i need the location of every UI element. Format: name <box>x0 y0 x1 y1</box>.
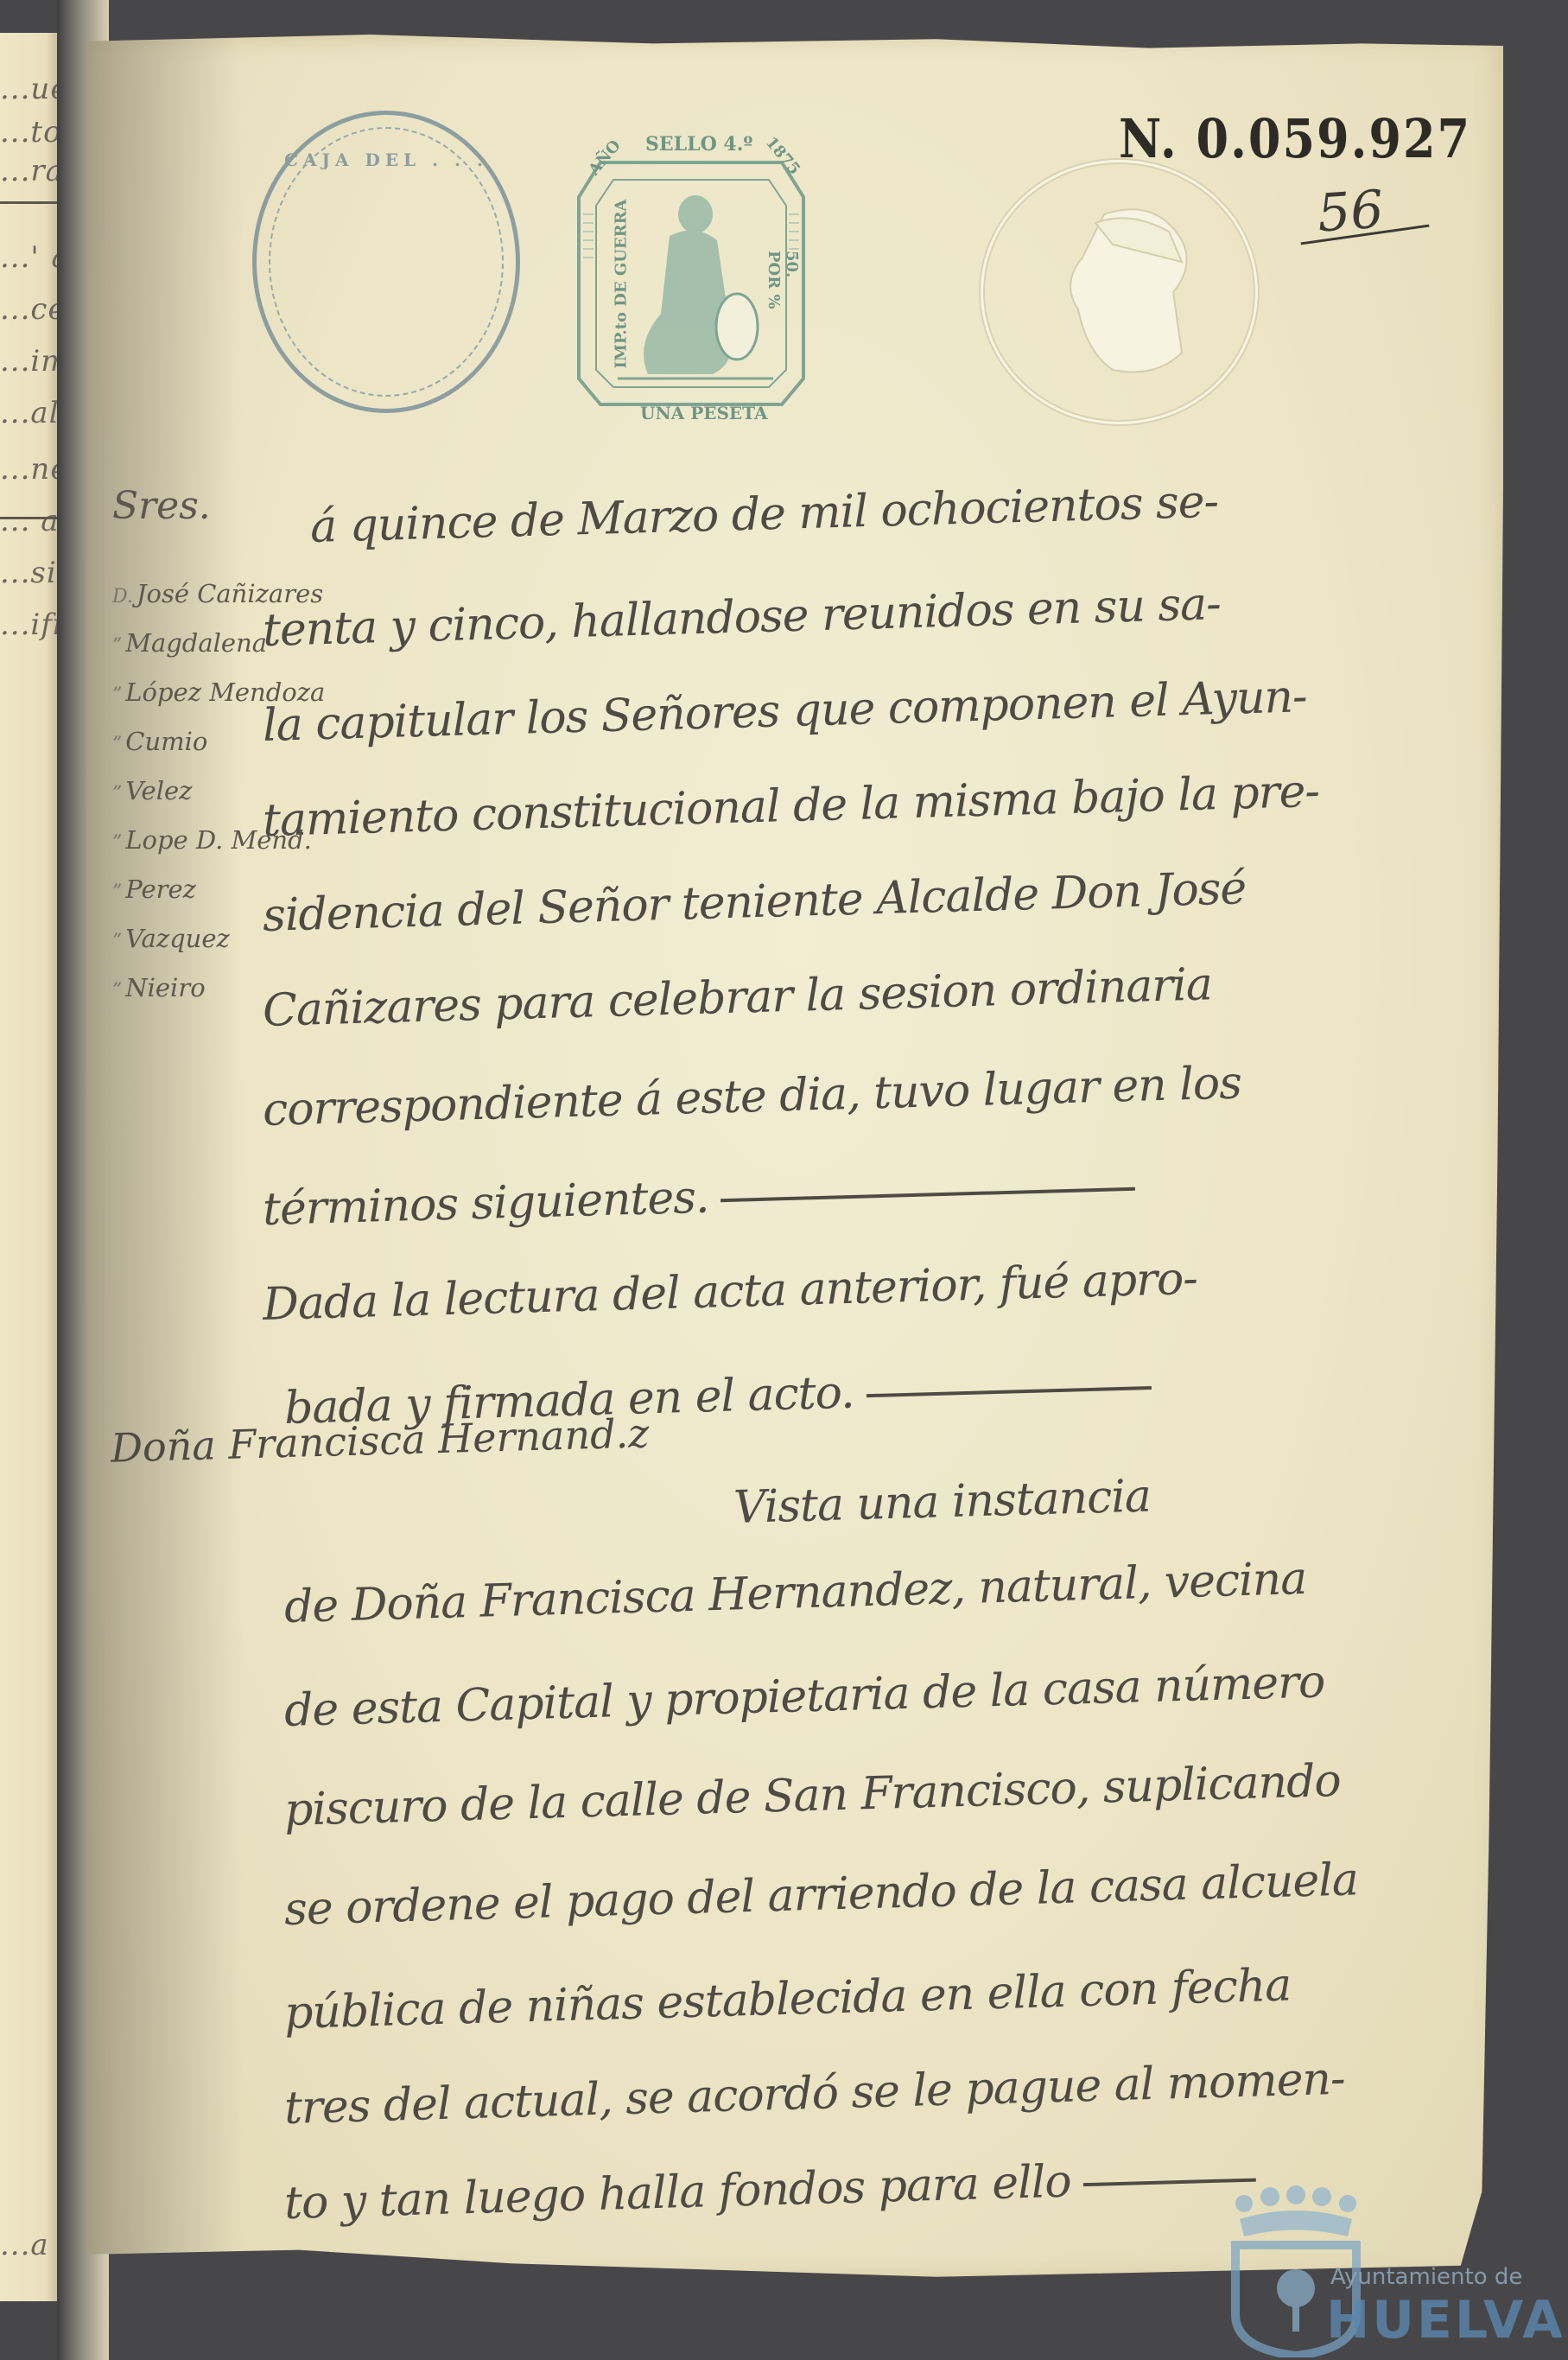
revenue-stamp: SELLO 4.º AÑO 1875 IMP.to DE GUERRA 50. … <box>566 128 816 432</box>
stamp-top-banner: SELLO 4.º <box>645 133 752 156</box>
serial-number: N. 0.059.927 <box>1119 106 1471 170</box>
line-filler-dash <box>866 1385 1151 1396</box>
attendee-name: ”Perez <box>112 875 263 924</box>
attendee-name: ”Cumio <box>112 727 263 776</box>
stamp-right-vertical: 50. POR % <box>765 251 801 318</box>
previous-page-rule <box>0 517 57 519</box>
attendee-name: ”Velez <box>112 776 263 825</box>
attendee-name: ”Nieiro <box>112 973 263 1022</box>
line-filler-dash <box>721 1186 1135 1201</box>
embossed-medallion <box>981 160 1258 424</box>
watermark-institution-label: Ayuntamiento de <box>1330 2264 1522 2290</box>
profile-head-icon <box>983 162 1255 422</box>
watermark-city-label: HUELVA <box>1326 2290 1565 2350</box>
seal-text: CAJA DEL . . . <box>257 149 516 170</box>
stamp-bottom-banner: UNA PESETA <box>640 403 767 423</box>
margin-heading: Sres. <box>112 484 263 579</box>
oval-ink-seal: CAJA DEL . . . <box>252 111 520 413</box>
attendee-name: ”Lope D. Mend. <box>112 825 263 875</box>
stamp-left-vertical: IMP.to DE GUERRA <box>613 199 631 368</box>
attendee-name: ”López Mendoza <box>112 677 263 727</box>
previous-page-rule <box>0 201 57 204</box>
attendee-name: ”Vazquez <box>112 924 263 973</box>
previous-page-edge: ...ue h ...to vi ...ragl ...' qu ...cen … <box>0 33 57 2301</box>
attendee-name: ”Magdalena <box>112 628 263 677</box>
attendees-margin: Sres. D.José Cañizares ”Magdalena ”López… <box>112 484 263 1022</box>
document-scan: ...ue h ...to vi ...ragl ...' qu ...cen … <box>0 0 1568 2360</box>
attendee-name: D.José Cañizares <box>112 579 263 628</box>
